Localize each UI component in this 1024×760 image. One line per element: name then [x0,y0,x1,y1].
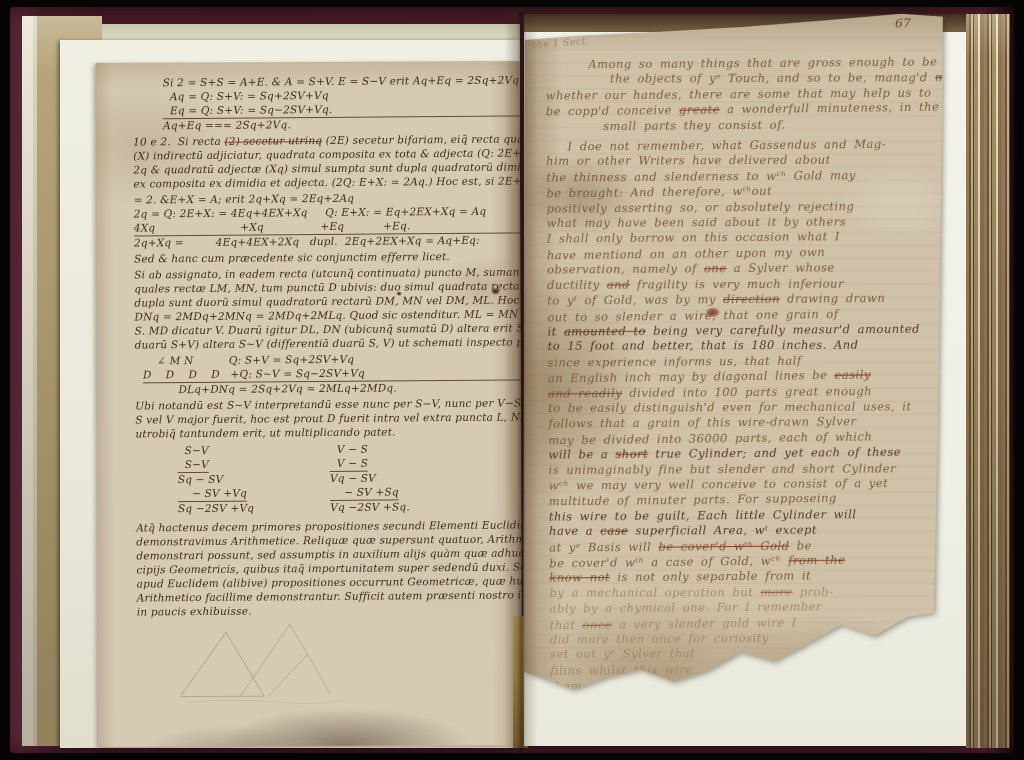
proposition-text: Si ab assignato, in eadem recta (utcunq̃… [134,265,522,352]
manuscript-line: to be easily distinguish'd even for mech… [548,399,932,416]
manuscript-line: Sq − SV [178,473,224,487]
manuscript-line: S−V [178,458,209,473]
manuscript-line: Sed & hanc cum præcedente sic conjunctim… [134,249,522,266]
manuscript-line: filins whilst this wire [550,660,934,678]
point-diagram: ∠ M N Q: S+V = Sq+2SV+VqD D D D +Q: S∼V … [143,351,523,397]
multiplication-work: S−V S−VSq − SV − SV +VqSq −2SV +Vq V − S… [178,441,523,516]
ubi-paragraph: Ubi notandū est S∼V interpretandū esse n… [135,396,522,441]
manuscript-line: Vq − SV [330,472,376,486]
manuscript-line: − SV +Sq [330,485,399,501]
equation-block-top: Si 2 = S+S = A+E. & A = S+V. E = S−V eri… [163,73,523,133]
right-manuscript-page: Belonging tothe 1 Sect. 67 Among so many… [523,11,943,694]
manuscript-line: Sq −2SV +Vq [178,502,254,517]
manuscript-line: what may have been said about it by othe… [547,214,931,231]
manuscript-line: − SV +Vq [178,487,247,503]
pencil-sketch [168,614,348,710]
proposition-10-2: 10 e 2. Si recta (2) secetur utrinq (2E)… [133,132,522,191]
ink-blot-small [397,292,402,296]
manuscript-line: ex composita ex dimidia et adjecta. (2Q:… [133,174,522,191]
multiplication-right: V − S V − SVq − SV − SV +SqVq −2SV +Sq. [330,442,410,515]
manuscript-line: Vq −2SV +Sq. [330,500,410,515]
manuscript-line: them up. seemd to [550,675,934,695]
manuscript-line: utrobiq̃ tantundem erit, ut multiplicand… [135,424,522,441]
manuscript-line: Aq+Eq === 2Sq+2Vq. [163,116,523,133]
manuscript-line: duarū S+V) altera S∼V (differentiā duarū… [135,335,523,352]
manuscript-line: S−V [178,444,209,458]
manuscript-line: him or other Writers have delivered abou… [546,153,930,170]
right-page-text: Among so many things that are gross enou… [545,55,934,715]
book-photo: Si 2 = S+S = A+E. & A = S+V. E = S−V eri… [0,0,1024,760]
page-edges-right [966,14,1010,748]
manuscript-line: Si 2 = S+S = A+E. & A = S+V. E = S−V eri… [163,73,523,90]
manuscript-line: set out yᵉ Sylver that [550,646,934,663]
page-number: 67 [895,15,911,30]
manuscript-line: 2q+Xq = 4Eq+4EX+2Xq dupl. 2Eq+2EX+Xq = A… [134,233,523,250]
margin-note: Belonging tothe 1 Sect. [531,24,600,50]
manuscript-line: have a case superficiall Area, wᵗ except [549,522,933,539]
manuscript-line: V − S [330,457,368,472]
manuscript-line: ductility and fragility is very much inf… [547,276,931,293]
manuscript-line: to 15 foot and better, that is 180 inche… [548,337,932,354]
ink-stain-red [706,308,719,317]
manuscript-line: the 1 Sect. [532,35,600,50]
multiplication-left: S−V S−VSq − SV − SV +VqSq −2SV +Vq [178,444,255,517]
main-paragraph: I doe not remember, what Gassendus and M… [546,137,934,710]
manuscript-line: Arithmetico facillime demonstrantur. Suf… [137,588,523,605]
ink-blot [491,288,499,294]
manuscript-line: V − S [330,443,368,457]
manuscript-line: 2q = Q: 2E+X: = 4Eq+4EX+Xq Q: E+X: = Eq+… [134,204,523,221]
left-manuscript-page: Si 2 = S+S = A+E. & A = S+V. E = S−V eri… [96,61,523,747]
sed-sentence: Sed & hanc cum præcedente sic conjunctim… [134,249,522,266]
closing-paragraph: Atq̃ hactenus decem primores proposition… [136,518,522,619]
intro-paragraph: Among so many things that are gross enou… [545,55,930,135]
equation-working: = 2. &E+X = A; erit 2q+Xq = 2Eq+2Aq2q = … [134,190,523,250]
manuscript-line: S vel V major fuerit, hoc est prout D fu… [135,410,522,427]
manuscript-line: is unimaginably fine but slender and sho… [549,461,933,478]
left-page-text: Si 2 = S+S = A+E. & A = S+V. E = S−V eri… [133,73,523,621]
right-leaf-wrap: Belonging tothe 1 Sect. 67 Among so many… [523,11,943,694]
manuscript-line: the objects of yᵉ Touch, and so to be, m… [545,71,929,88]
